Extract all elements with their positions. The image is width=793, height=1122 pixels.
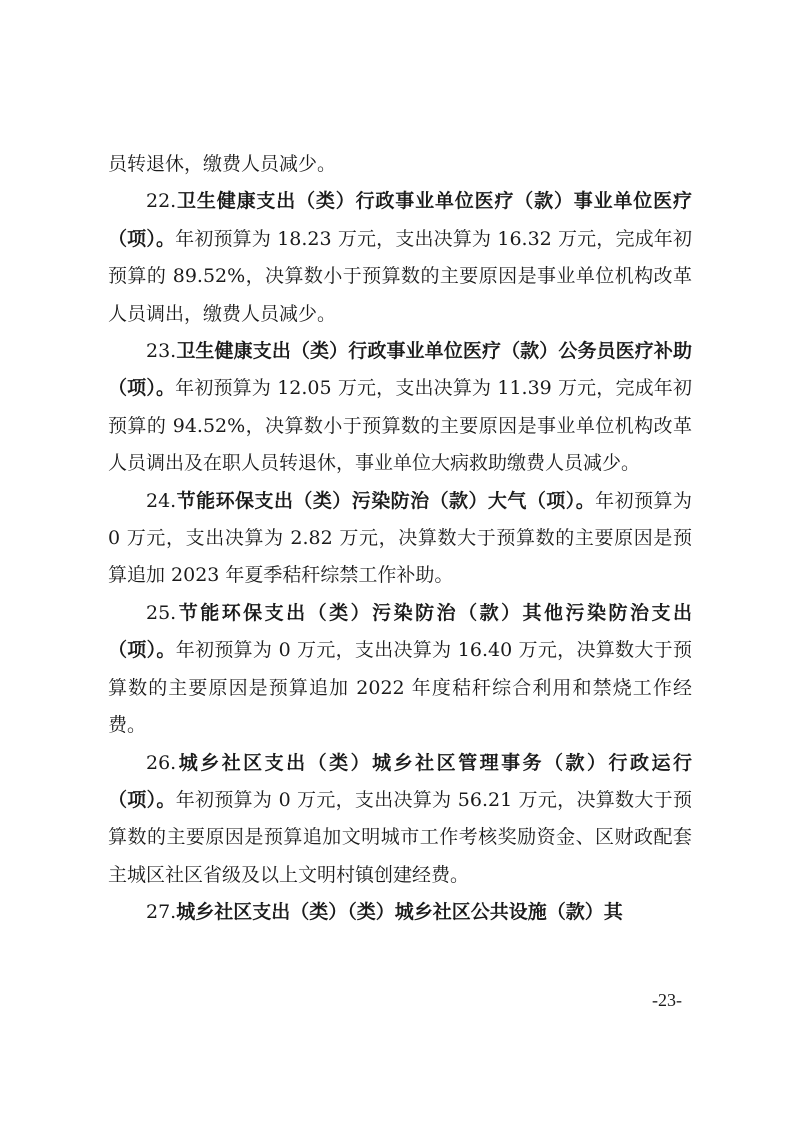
item-body: 年初预算为 0 万元，支出决算为 56.21 万元，决算数大于预算数的主要原因是…: [108, 789, 692, 886]
document-page: 员转退休，缴费人员减少。 22.卫生健康支出（类）行政事业单位医疗（款）事业单位…: [108, 146, 692, 932]
item-body: 年初预算为 12.05 万元，支出决算为 11.39 万元，完成年初预算的 94…: [108, 377, 692, 474]
item-heading: 节能环保支出（类）污染防治（款）大气（项）。: [176, 490, 595, 512]
item-22-paragraph: 22.卫生健康支出（类）行政事业单位医疗（款）事业单位医疗（项）。年初预算为 1…: [108, 183, 692, 333]
item-number: 22.: [146, 190, 176, 212]
item-number: 26.: [146, 752, 176, 774]
item-26-paragraph: 26.城乡社区支出（类）城乡社区管理事务（款）行政运行（项）。年初预算为 0 万…: [108, 745, 692, 895]
continuation-text: 员转退休，缴费人员减少。: [108, 153, 336, 175]
item-number: 25.: [146, 602, 176, 624]
item-25-paragraph: 25.节能环保支出（类）污染防治（款）其他污染防治支出（项）。年初预算为 0 万…: [108, 595, 692, 745]
item-27-paragraph: 27.城乡社区支出（类）（类）城乡社区公共设施（款）其: [108, 894, 692, 931]
item-body: 年初预算为 0 万元，支出决算为 16.40 万元，决算数大于预算数的主要原因是…: [108, 639, 692, 736]
item-23-paragraph: 23.卫生健康支出（类）行政事业单位医疗（款）公务员医疗补助（项）。年初预算为 …: [108, 333, 692, 483]
page-number: -23-: [652, 990, 682, 1011]
continuation-paragraph: 员转退休，缴费人员减少。: [108, 146, 692, 183]
item-number: 27.: [146, 901, 176, 923]
item-number: 24.: [146, 490, 176, 512]
item-number: 23.: [146, 340, 176, 362]
item-body: 年初预算为 18.23 万元，支出决算为 16.32 万元，完成年初预算的 89…: [108, 228, 692, 325]
item-24-paragraph: 24.节能环保支出（类）污染防治（款）大气（项）。年初预算为 0 万元，支出决算…: [108, 483, 692, 595]
item-heading: 城乡社区支出（类）（类）城乡社区公共设施（款）其: [176, 901, 623, 923]
